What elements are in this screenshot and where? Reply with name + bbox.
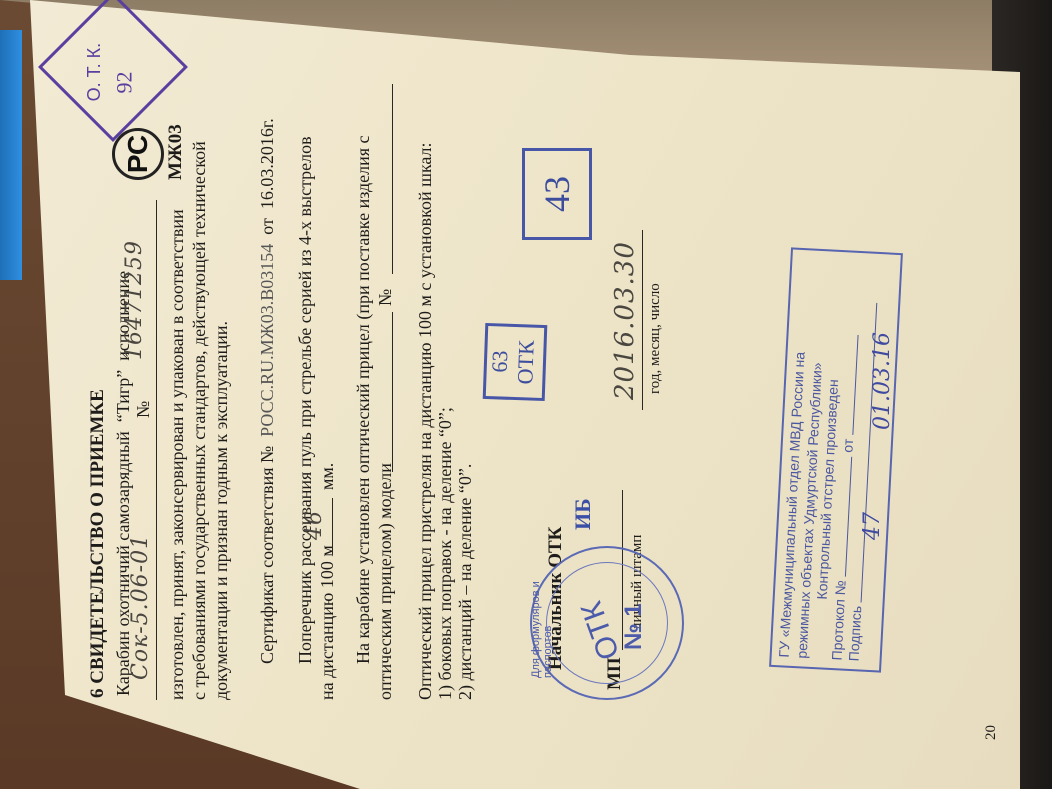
zeroing-line-1: Оптический прицел пристрелян на дистанци… (416, 142, 434, 700)
diamond-stamp-label: О. Т. К. (84, 43, 105, 102)
round-stamp-ring-text: Для формуляров и паспортов (530, 548, 554, 678)
certificate-line: Сертификат соответствия № РОСС.RU.МЖ03.В… (258, 118, 276, 664)
protocol-number-handwritten: 47 (860, 512, 885, 540)
certificate-date-prefix: от (257, 218, 277, 235)
dispersion-underline (332, 498, 333, 554)
dispersion-line-2-prefix: на дистанцию 100 м (318, 545, 336, 700)
initials-stamp: ИБ (572, 498, 594, 530)
dispersion-unit: мм. (318, 463, 336, 490)
scope-model-underline (392, 312, 393, 472)
serial-handwritten: 16471259 (124, 240, 146, 360)
protocol-date-handwritten: 01.03.16 (870, 332, 895, 430)
acceptance-line-3: документации и признан годным к эксплуат… (212, 321, 230, 700)
background-monitor-edge (0, 30, 22, 280)
certificate-label: Сертификат соответствия № (257, 446, 277, 664)
acceptance-date-handwritten: 2016.03.30 (612, 241, 638, 400)
date-underline (642, 230, 643, 410)
stamp-otk-63: 63 ОТК (483, 323, 548, 401)
police-control-stamp: ГУ «Межмуниципальный отдел МВД России на… (769, 247, 903, 672)
otk-diamond-stamp: О. Т. К. 92 (38, 0, 188, 142)
scope-number-underline (392, 84, 393, 274)
rst-certification-logo: РС (112, 128, 164, 180)
date-caption: год, месяц, число (648, 283, 663, 394)
diamond-stamp-number: 92 (111, 72, 137, 94)
section-title: 6 СВИДЕТЕЛЬСТВО О ПРИЕМКЕ (88, 389, 107, 698)
round-stamp-number: № 1 (620, 603, 648, 650)
product-model: “Тигр” (113, 370, 133, 423)
round-stamp-otk-label: ОТК (575, 597, 627, 664)
passport-page: 6 СВИДЕТЕЛЬСТВО О ПРИЕМКЕ Карабин охотни… (60, 0, 1020, 740)
zeroing-item-1: 1) боковых поправок - на деление “0”; (436, 407, 454, 700)
certificate-number: РОСС.RU.МЖ03.В03154 (257, 244, 277, 437)
rst-code: МЖ03 (166, 124, 185, 180)
acceptance-line-1: изготовлен, принят, законсервирован и уп… (168, 209, 186, 700)
scope-line-2-prefix: оптическим прицелом) модели (376, 463, 394, 700)
acceptance-line-2: с требованиями государственных стандарто… (190, 141, 208, 700)
dispersion-line-1: Поперечник рассеивания пуль при стрельбе… (296, 136, 314, 664)
certificate-date: 16.03.2016г. (257, 118, 277, 209)
scope-line-1: На карабине установлен оптический прицел… (354, 135, 372, 664)
scope-number-label: № (376, 289, 394, 306)
serial-number-label: № (134, 401, 152, 418)
variant-handwritten: Сок-5.06-01 (130, 534, 152, 680)
dispersion-value-handwritten: 46 (304, 510, 326, 540)
signature-label: Подпись (846, 605, 865, 661)
product-underline (156, 200, 157, 700)
round-otk-stamp: ОТК № 1 Для формуляров и паспортов (530, 546, 684, 700)
protocol-date-label: от (839, 438, 856, 453)
zeroing-item-2: 2) дистанций – на деление “0”. (456, 464, 474, 700)
page-number: 20 (984, 725, 999, 740)
stamp-43: 43 (522, 148, 592, 240)
